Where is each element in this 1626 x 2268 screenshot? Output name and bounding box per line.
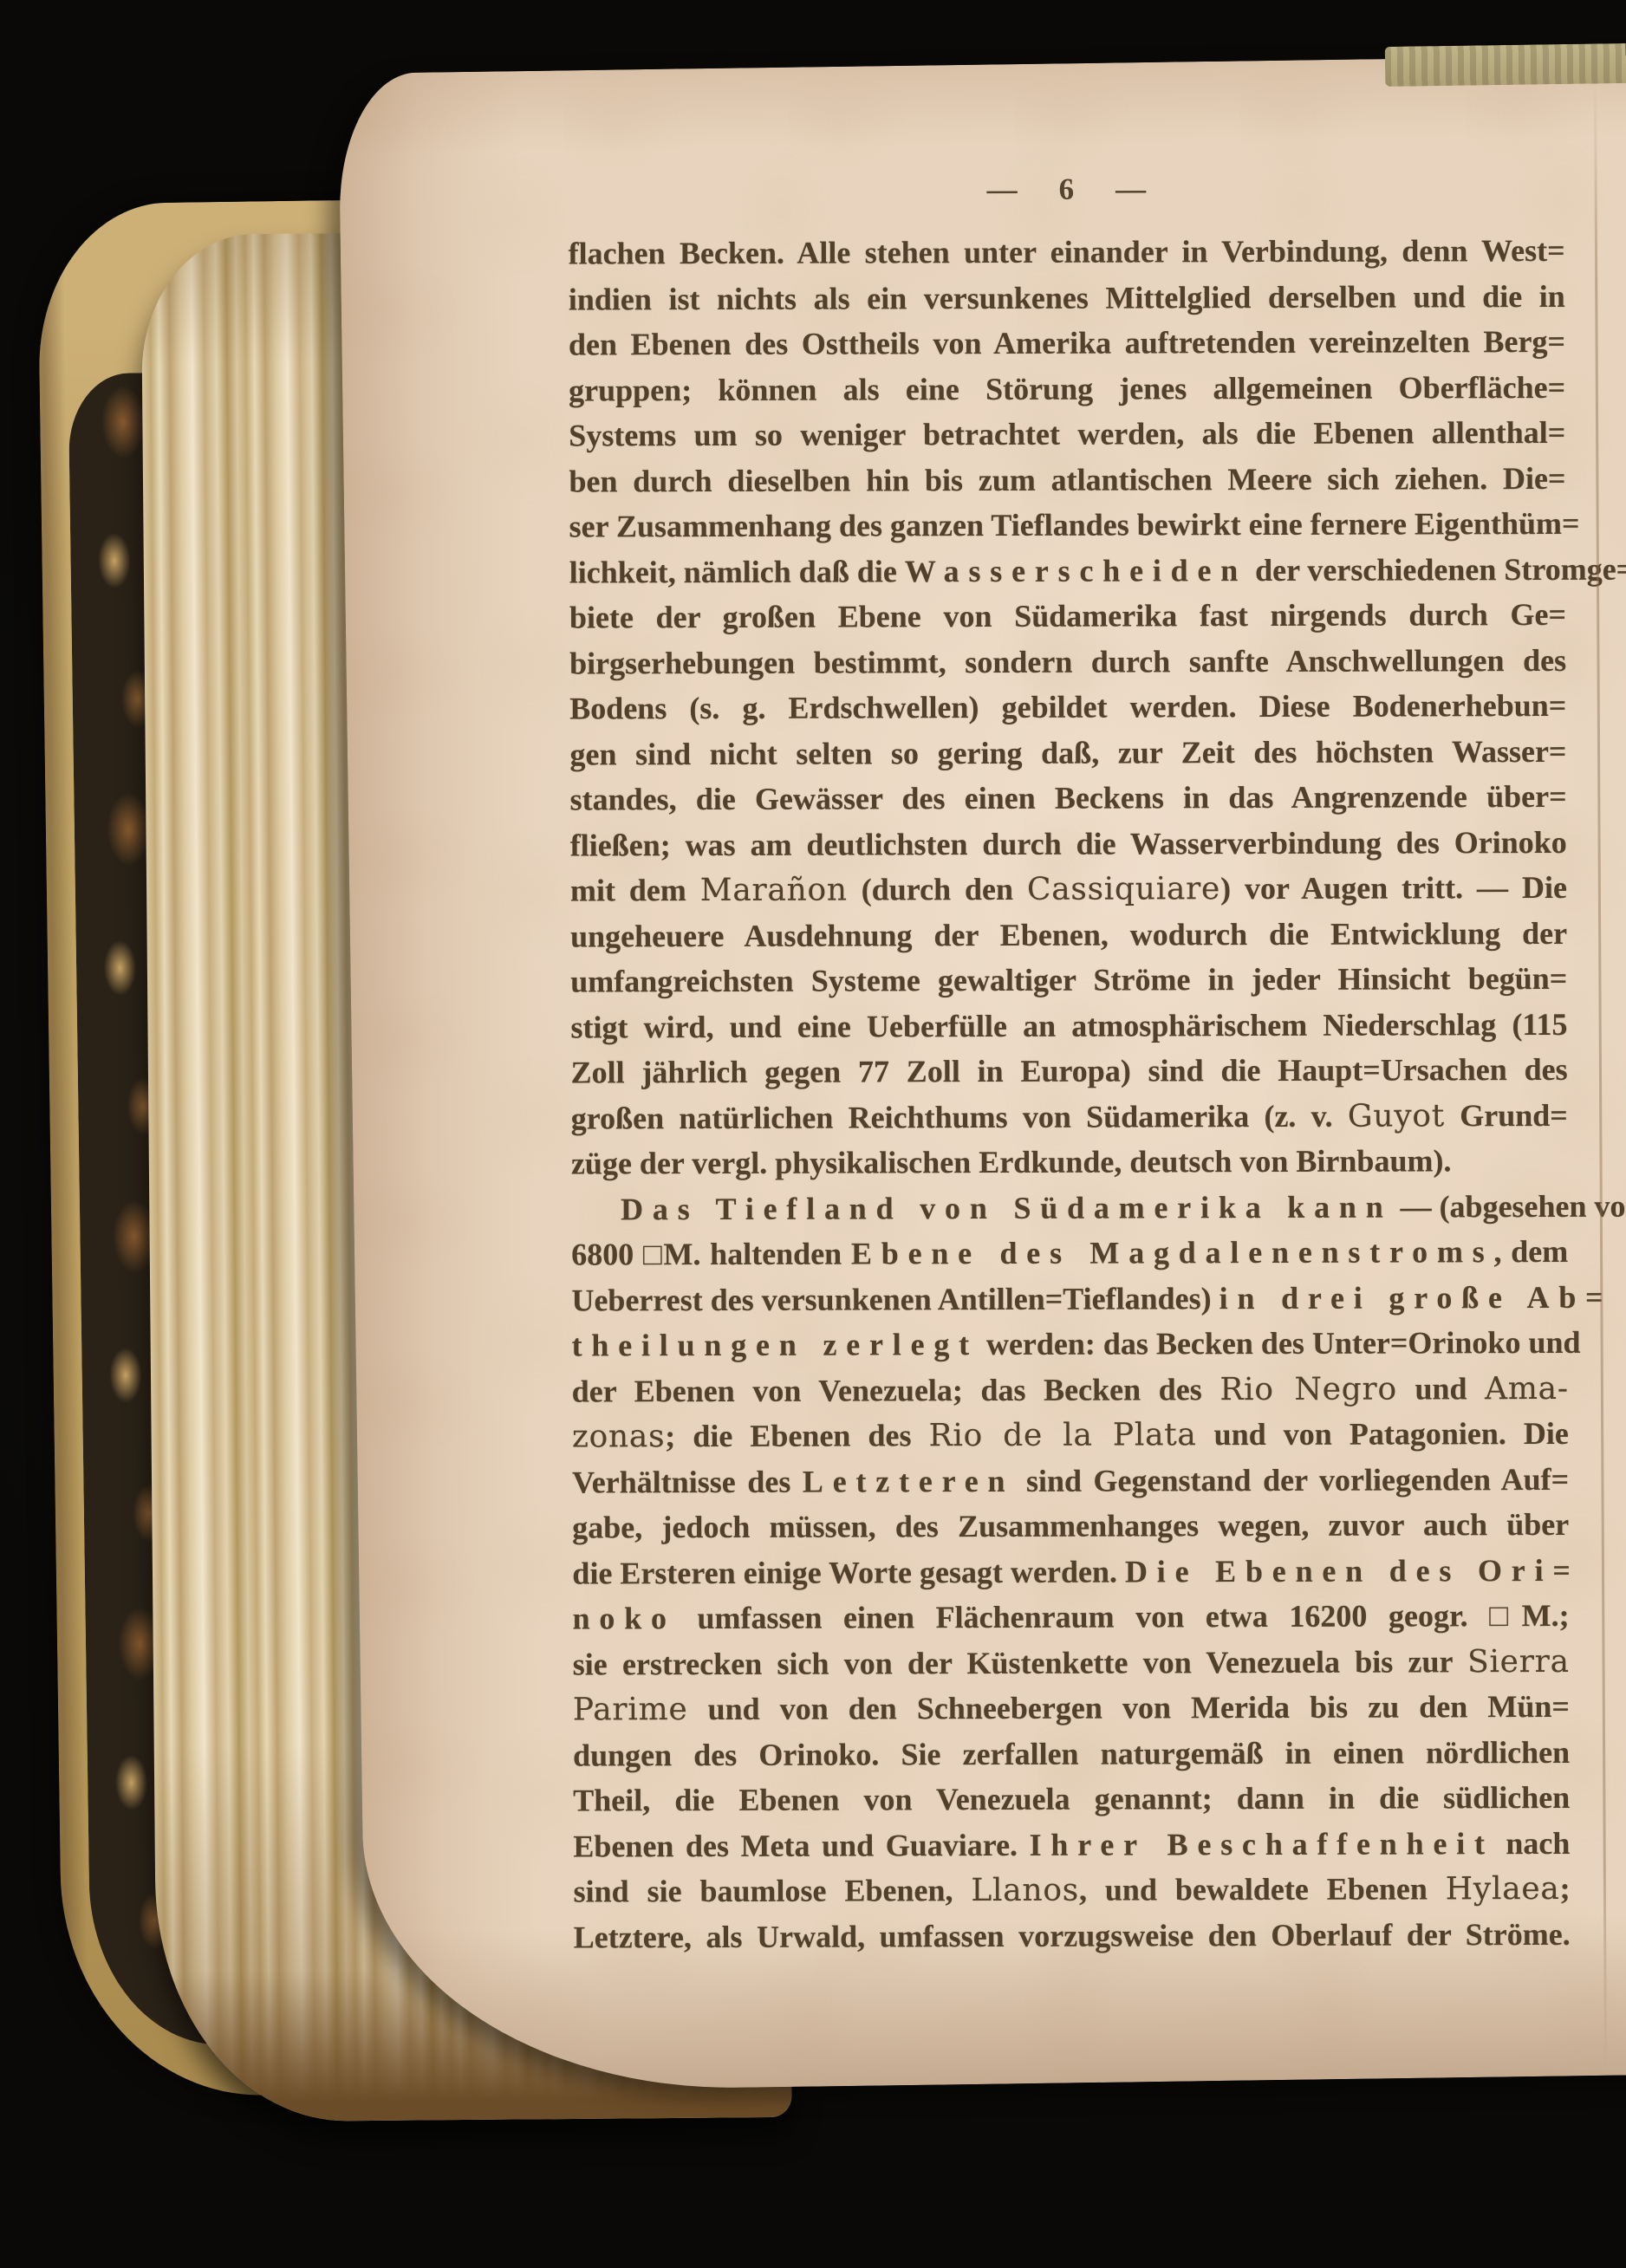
page-number-dash-left: — — [987, 172, 1018, 206]
body-text: — (abgesehen von der — [1392, 1188, 1626, 1224]
text-line: dungen des Orinoko. Sie zerfallen naturg… — [573, 1729, 1570, 1777]
body-text: der Ebenen von Venezuela; das Becken des — [572, 1372, 1220, 1408]
body-text: und von den Schneebergen von Merida bis … — [687, 1689, 1570, 1726]
body-text: , und bewaldete Ebenen — [1079, 1871, 1446, 1907]
emphasized-spaced-text: in drei große Ab= — [1219, 1279, 1613, 1315]
body-text: nach — [1494, 1825, 1571, 1860]
text-line: fließen; was am deutlichsten durch die W… — [570, 819, 1567, 868]
body-text: Bodens (s. g. Erdschwellen) gebildet wer… — [569, 688, 1566, 726]
body-text: (durch den — [848, 872, 1027, 907]
antiqua-text: Ama- — [1485, 1370, 1569, 1406]
body-text: züge der vergl. physikalischen Erdkunde,… — [571, 1143, 1452, 1180]
text-line: den Ebenen des Osttheils von Amerika auf… — [569, 319, 1565, 367]
cloth-binding-edge — [1385, 43, 1626, 87]
page-number: 6 — [1059, 172, 1075, 206]
antiqua-text: Llanos — [971, 1873, 1079, 1908]
body-text: sie erstrecken sich von der Küstenkette … — [573, 1644, 1467, 1681]
body-text: fließen; was am deutlichsten durch die W… — [570, 824, 1567, 862]
body-text: ungeheuere Ausdehnung der Ebenen, wodurc… — [570, 915, 1567, 953]
text-line: gabe, jedoch müssen, des Zusammenhanges … — [572, 1502, 1569, 1550]
body-text: mit dem — [570, 873, 700, 907]
text-line: gruppen; können als eine Störung jenes a… — [569, 364, 1565, 413]
text-line: noko umfassen einen Flächenraum von etwa… — [572, 1593, 1569, 1641]
text-line: Letztere, als Urwald, umfassen vorzugswe… — [574, 1911, 1571, 1959]
body-text: dungen des Orinoko. Sie zerfallen naturg… — [573, 1734, 1570, 1772]
text-line: Parime und von den Schneebergen von Meri… — [573, 1684, 1570, 1732]
antiqua-text: Hylaea — [1446, 1871, 1560, 1907]
body-text: indien ist nichts als ein versunkenes Mi… — [569, 278, 1565, 316]
body-text: gruppen; können als eine Störung jenes a… — [569, 369, 1565, 407]
text-line: ser Zusammenhang des ganzen Tieflandes b… — [569, 501, 1566, 549]
text-line: Verhältnisse des Letzteren sind Gegensta… — [572, 1456, 1569, 1504]
antiqua-text: zonas — [572, 1419, 666, 1454]
antiqua-text: Parime — [573, 1692, 688, 1727]
body-text: sind sie baumlose Ebenen, — [573, 1873, 971, 1908]
emphasized-spaced-text: Wasserscheiden — [905, 553, 1247, 588]
open-page: —6— flachen Becken. Alle stehen unter ei… — [338, 55, 1626, 2093]
body-text: birgserhebungen bestimmt, sondern durch … — [569, 642, 1566, 680]
text-line: Zoll jährlich gegen 77 Zoll in Europa) s… — [570, 1047, 1567, 1095]
text-line: mit dem Marañon (durch den Cassiquiare) … — [570, 865, 1567, 913]
emphasized-spaced-text: noko — [572, 1601, 675, 1635]
body-text: Letztere, als Urwald, umfassen vorzugswe… — [574, 1916, 1571, 1954]
antiqua-text: Cassiquiare — [1027, 871, 1220, 907]
text-line: lichkeit, nämlich daß die Wasserscheiden… — [569, 546, 1566, 595]
text-line: indien ist nichts als ein versunkenes Mi… — [569, 273, 1565, 322]
body-text: der verschiedenen Stromge= — [1247, 551, 1626, 587]
text-line: stigt wird, und eine Ueberfülle an atmos… — [570, 1001, 1567, 1050]
emphasized-spaced-text: Die Ebenen des Ori= — [1125, 1552, 1580, 1589]
body-text: sind Gegenstand der vorliegenden Auf= — [1014, 1461, 1569, 1498]
body-text: Theil, die Ebenen von Venezuela genannt;… — [573, 1780, 1570, 1818]
text-line: gen sind nicht selten so gering daß, zur… — [569, 728, 1566, 777]
body-text: biete der großen Ebene von Südamerika fa… — [569, 597, 1566, 635]
antiqua-text: Rio Negro — [1219, 1371, 1397, 1407]
book: —6— flachen Becken. Alle stehen unter ei… — [0, 0, 1626, 2268]
text-line: flachen Becken. Alle stehen unter einand… — [569, 228, 1565, 276]
text-line: Systems um so weniger betrachtet werden,… — [569, 410, 1565, 458]
emphasized-spaced-text: Ihrer Beschaffenheit — [1030, 1826, 1494, 1862]
body-text: lichkeit, nämlich daß die — [569, 554, 905, 589]
body-text: ; — [1559, 1871, 1570, 1906]
body-text: und — [1397, 1371, 1485, 1406]
page-content: —6— flachen Becken. Alle stehen unter ei… — [338, 63, 1571, 1960]
text-line: die Ersteren einige Worte gesagt werden.… — [572, 1547, 1569, 1595]
text-line: birgserhebungen bestimmt, sondern durch … — [569, 637, 1566, 686]
emphasized-spaced-text: Das Tiefland von Südamerika kann — [621, 1189, 1393, 1226]
text-line: 6800 □M. haltenden Ebene des Magdalenens… — [571, 1229, 1568, 1277]
body-text: ben durch dieselben hin bis zum atlantis… — [569, 460, 1565, 498]
body-text: den Ebenen des Osttheils von Amerika auf… — [569, 324, 1565, 362]
body-text: standes, die Gewässer des einen Beckens … — [570, 779, 1567, 817]
body-text: und von Patagonien. Die — [1197, 1416, 1569, 1452]
body-text: Systems um so weniger betrachtet werden,… — [569, 415, 1565, 453]
text-block: flachen Becken. Alle stehen unter einand… — [569, 228, 1571, 1960]
antiqua-text: Rio de la Plata — [928, 1417, 1196, 1453]
body-text: 6800 □M. haltenden — [571, 1236, 851, 1271]
body-text: Grund= — [1445, 1097, 1568, 1132]
body-text: gabe, jedoch müssen, des Zusammenhanges … — [572, 1507, 1569, 1545]
text-line: zonas; die Ebenen des Rio de la Plata un… — [572, 1411, 1569, 1459]
text-line: Theil, die Ebenen von Venezuela genannt;… — [573, 1775, 1570, 1823]
page-number-dash-right: — — [1115, 172, 1146, 205]
body-text: ) vor Augen tritt. — Die — [1220, 870, 1567, 906]
emphasized-spaced-text: theilungen zerlegt — [572, 1327, 979, 1362]
text-line: sind sie baumlose Ebenen, Llanos, und be… — [573, 1866, 1570, 1914]
body-text: umfassen einen Flächenraum von etwa 1620… — [676, 1598, 1570, 1635]
body-text: Ueberrest des versunkenen Antillen=Tiefl… — [571, 1281, 1219, 1317]
text-line: großen natürlichen Reichthums von Südame… — [571, 1092, 1568, 1140]
body-text: flachen Becken. Alle stehen unter einand… — [569, 233, 1565, 271]
text-line: Ueberrest des versunkenen Antillen=Tiefl… — [571, 1274, 1568, 1322]
text-line: biete der großen Ebene von Südamerika fa… — [569, 592, 1566, 640]
text-line: Bodens (s. g. Erdschwellen) gebildet wer… — [569, 683, 1566, 731]
text-line: züge der vergl. physikalischen Erdkunde,… — [571, 1138, 1568, 1186]
body-text: großen natürlichen Reichthums von Südame… — [571, 1098, 1348, 1135]
body-text: die Ersteren einige Worte gesagt werden. — [572, 1554, 1125, 1590]
body-text: ser Zusammenhang des ganzen Tieflandes b… — [569, 506, 1580, 544]
text-line: ben durch dieselben hin bis zum atlantis… — [569, 455, 1565, 504]
emphasized-spaced-text: Letzteren — [803, 1463, 1015, 1498]
text-line: sie erstrecken sich von der Küstenkette … — [573, 1638, 1570, 1686]
body-text: gen sind nicht selten so gering daß, zur… — [569, 733, 1566, 771]
antiqua-text: Guyot — [1348, 1098, 1445, 1134]
text-line: standes, die Gewässer des einen Beckens … — [570, 774, 1567, 822]
text-line: Ebenen des Meta und Guaviare. Ihrer Besc… — [573, 1820, 1570, 1868]
text-line: der Ebenen von Venezuela; das Becken des… — [572, 1365, 1569, 1413]
antiqua-text: Sierra — [1467, 1643, 1570, 1679]
text-line: ungeheuere Ausdehnung der Ebenen, wodurc… — [570, 910, 1567, 959]
body-text: , dem — [1493, 1234, 1568, 1269]
body-text: ; die Ebenen des — [665, 1418, 928, 1453]
body-text: Zoll jährlich gegen 77 Zoll in Europa) s… — [571, 1052, 1568, 1090]
body-text: umfangreichsten Systeme gewaltiger Ström… — [570, 961, 1567, 999]
emphasized-spaced-text: Ebene des Magdalenenstroms — [851, 1234, 1494, 1270]
body-text: stigt wird, und eine Ueberfülle an atmos… — [570, 1006, 1567, 1044]
body-text: Verhältnisse des — [572, 1464, 803, 1499]
antiqua-text: Marañon — [700, 873, 848, 909]
text-line: theilungen zerlegt werden: das Becken de… — [571, 1320, 1568, 1368]
body-text: werden: das Becken des Unter=Orinoko und — [979, 1325, 1581, 1361]
text-line: umfangreichsten Systeme gewaltiger Ström… — [570, 956, 1567, 1004]
body-text: Ebenen des Meta und Guaviare. — [573, 1827, 1029, 1863]
page-header: —6— — [568, 167, 1564, 212]
text-line: Das Tiefland von Südamerika kann — (abge… — [571, 1183, 1568, 1231]
